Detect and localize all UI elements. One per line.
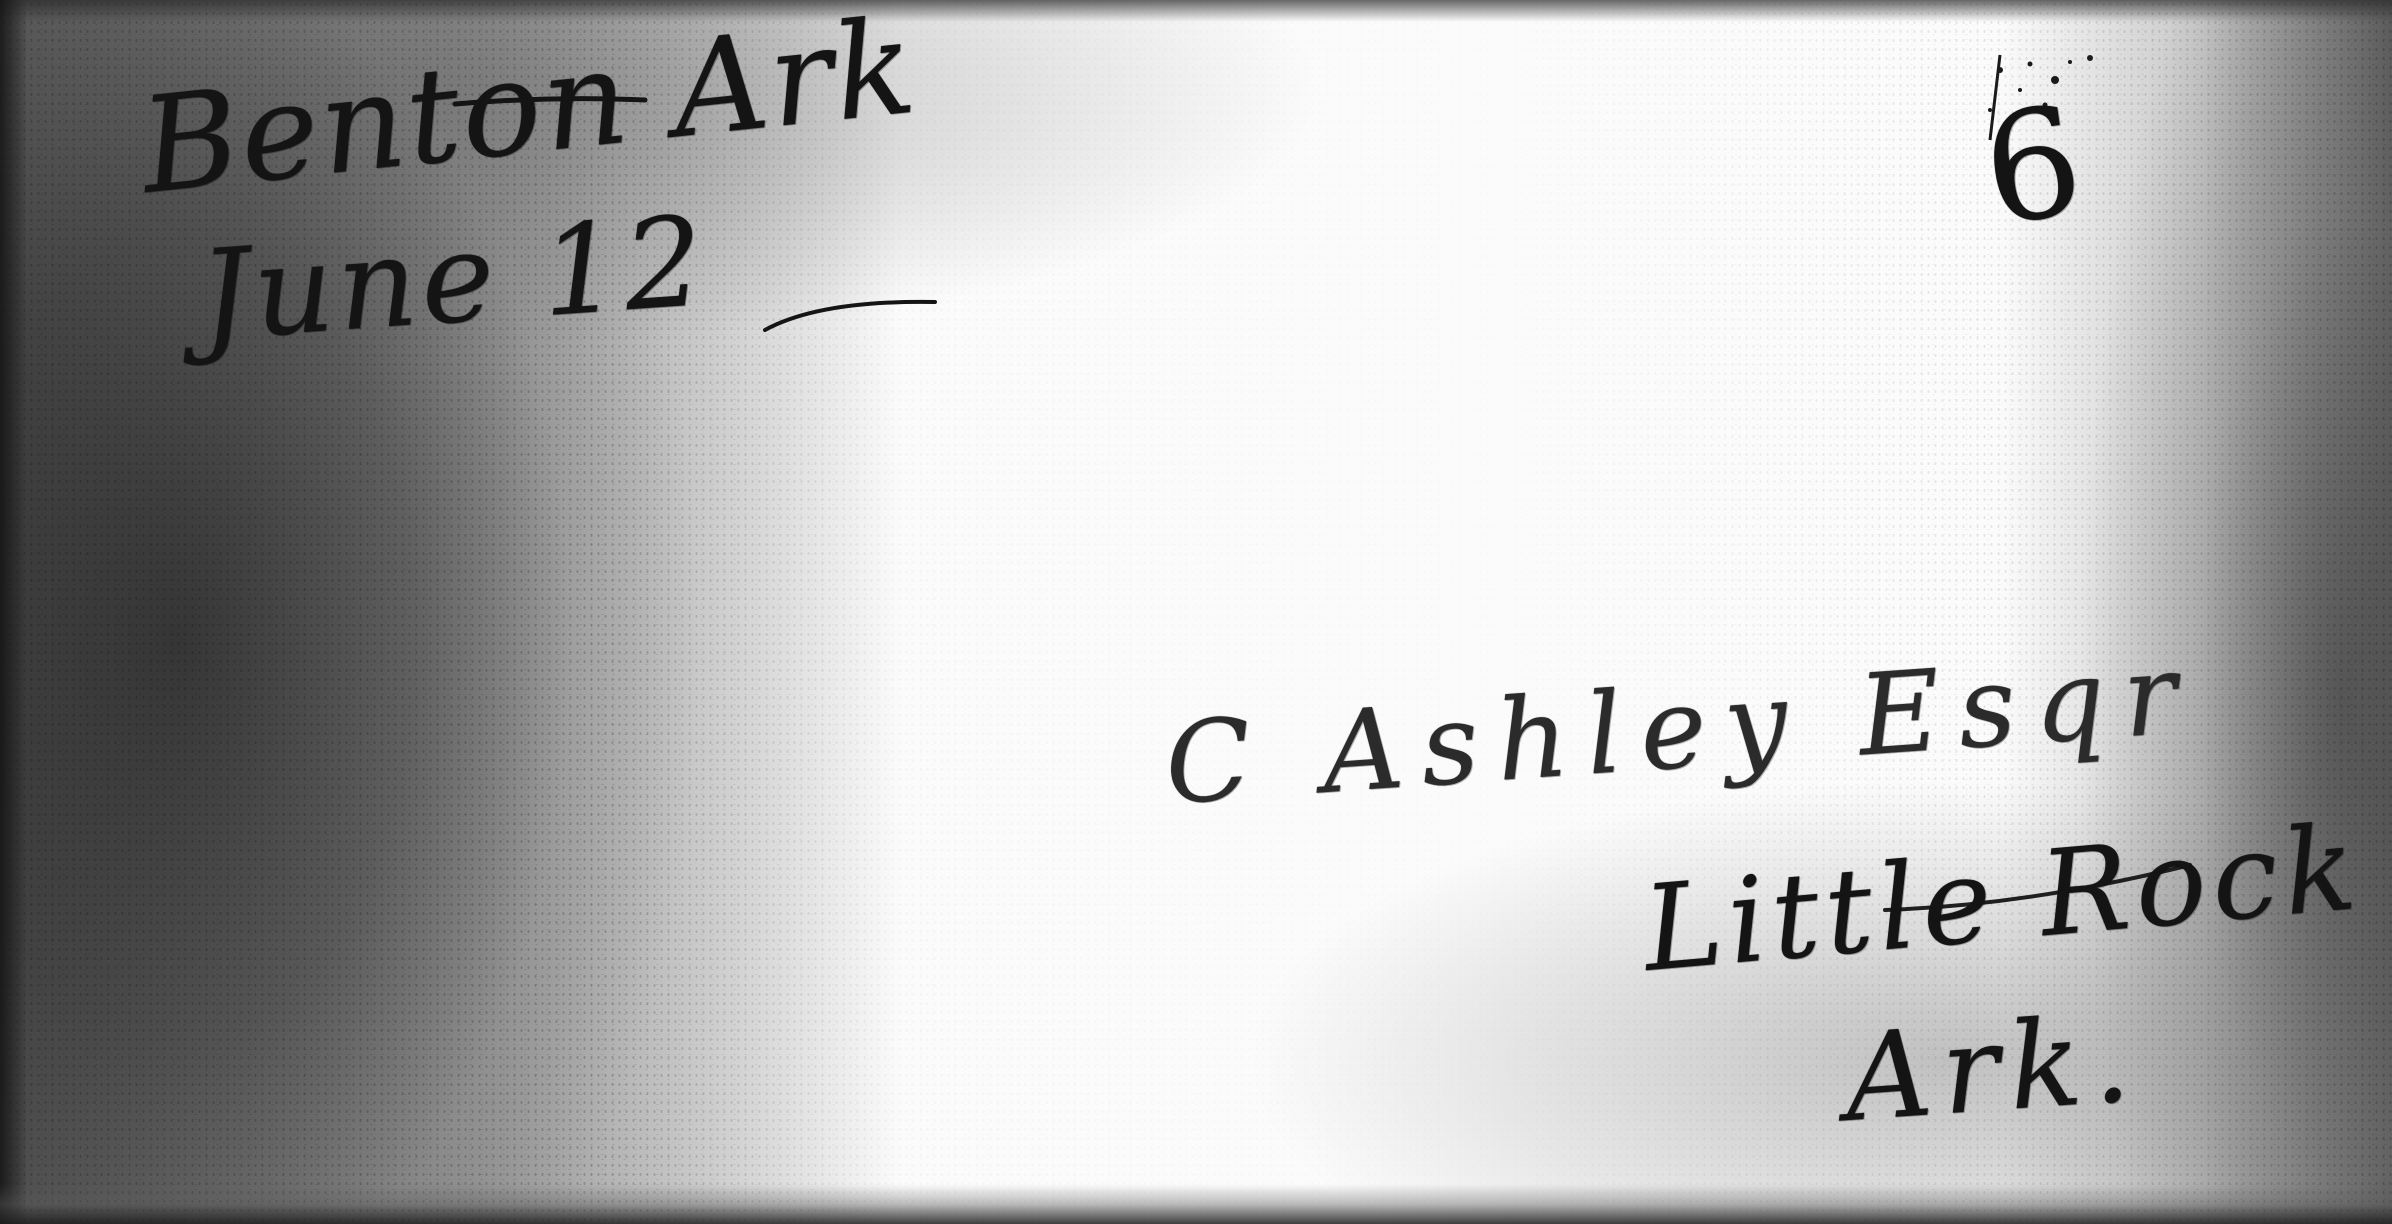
bottom-edge-shadow bbox=[0, 1184, 2392, 1224]
left-edge-shadow bbox=[0, 0, 26, 1224]
address-state: Ark. bbox=[1840, 990, 2144, 1149]
top-edge-shadow bbox=[0, 0, 2392, 22]
origin-overline-stroke bbox=[450, 92, 650, 112]
envelope-scan: Benton Ark June 12 6 C Ashley Esqr Littl… bbox=[0, 0, 2392, 1224]
date-tail-flourish bbox=[760, 290, 940, 340]
